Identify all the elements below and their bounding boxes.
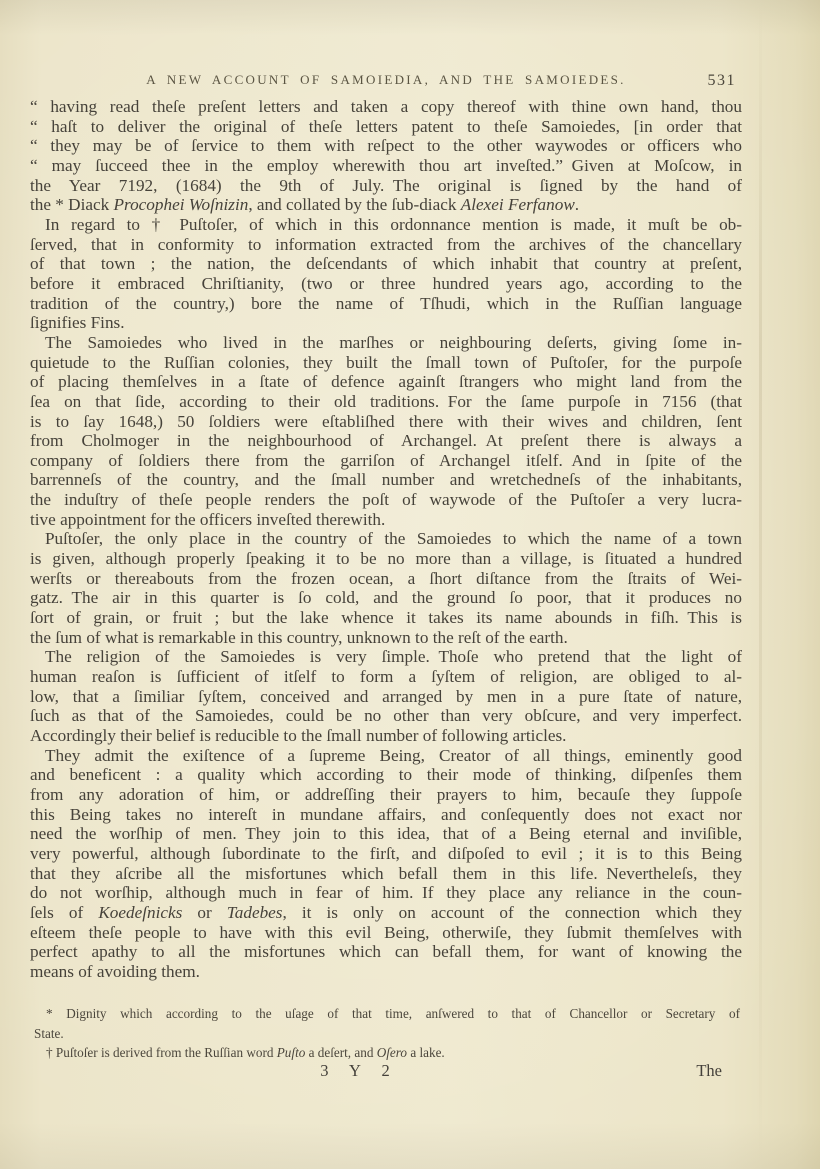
- text-line: of that town ; the nation, the deſcendan…: [30, 254, 742, 274]
- text-line: do not worſhip, although much in fear of…: [30, 883, 742, 903]
- signature-row: 3 Y 2 The: [30, 1061, 742, 1083]
- paragraph: In regard to † Puſtoſer, of which in thi…: [30, 215, 742, 333]
- text-line: is to ſay 1648,) 50 ſoldiers were eſtabl…: [30, 412, 742, 432]
- text-line: very powerful, although ſubordinate to t…: [30, 844, 742, 864]
- text-line: They admit the exiſtence of a ſupreme Be…: [30, 746, 742, 766]
- text-line: low, that a ſimiliar ſyſtem, conceived a…: [30, 687, 742, 707]
- text-line: need the worſhip of men. They join to th…: [30, 824, 742, 844]
- text-line: company of ſoldiers there from the garri…: [30, 451, 742, 471]
- text-line: ſuch as that of the Samoiedes, could be …: [30, 706, 742, 726]
- text-line: from any adoration of him, or addreſſing…: [30, 785, 742, 805]
- page-body: “ having read theſe preſent letters and …: [30, 97, 742, 982]
- book-page: A NEW ACCOUNT OF SAMOIEDIA, AND THE SAMO…: [0, 0, 820, 1169]
- text-line: this Being takes no intereſt in mundane …: [30, 805, 742, 825]
- paragraph: Puſtoſer, the only place in the country …: [30, 529, 742, 647]
- text-line: The Samoiedes who lived in the marſhes o…: [30, 333, 742, 353]
- footnote-line: State.: [34, 1026, 740, 1046]
- paragraph: They admit the exiſtence of a ſupreme Be…: [30, 746, 742, 982]
- footnotes: * Dignity which according to the uſage o…: [34, 1006, 740, 1065]
- text-line: the induſtry of theſe people renders the…: [30, 490, 742, 510]
- text-line: Puſtoſer, the only place in the country …: [30, 529, 742, 549]
- page-number: 531: [708, 72, 737, 90]
- text-line: before it embraced Chriſtianity, (two or…: [30, 274, 742, 294]
- text-line: human reaſon is ſufficient of itſelf to …: [30, 667, 742, 687]
- text-line: gatz. The air in this quarter is ſo cold…: [30, 588, 742, 608]
- paragraph: The Samoiedes who lived in the marſhes o…: [30, 333, 742, 530]
- text-line: Accordingly their belief is reducible to…: [30, 726, 742, 746]
- text-line: “ having read theſe preſent letters and …: [30, 97, 742, 117]
- text-line: quietude to the Ruſſian colonies, they b…: [30, 353, 742, 373]
- paragraph: The religion of the Samoiedes is very ſi…: [30, 647, 742, 745]
- text-line: that they aſcribe all the misfortunes wh…: [30, 864, 742, 884]
- text-line: from Cholmoger in the neighbourhood of A…: [30, 431, 742, 451]
- text-line: perfect apathy to all the misfortunes wh…: [30, 942, 742, 962]
- running-title: A NEW ACCOUNT OF SAMOIEDIA, AND THE SAMO…: [30, 72, 742, 88]
- text-line: tradition of the country,) bore the name…: [30, 294, 742, 314]
- page-crease: [759, 0, 762, 1169]
- catchword: The: [696, 1061, 722, 1081]
- text-line: ſels of Koedeſnicks or Tadebes, it is on…: [30, 903, 742, 923]
- printer-signature: 3 Y 2: [320, 1061, 394, 1081]
- text-line: The religion of the Samoiedes is very ſi…: [30, 647, 742, 667]
- text-line: means of avoiding them.: [30, 962, 742, 982]
- text-line: ſea on that ſide, according to their old…: [30, 392, 742, 412]
- text-line: the ſum of what is remarkable in this co…: [30, 628, 742, 648]
- text-line: eſteem theſe people to have with this ev…: [30, 923, 742, 943]
- text-line: the * Diack Procophei Woſnizin, and coll…: [30, 195, 742, 215]
- text-line: the Year 7192, (1684) the 9th of July. T…: [30, 176, 742, 196]
- text-line: and beneficent : a quality which accordi…: [30, 765, 742, 785]
- paragraph: “ having read theſe preſent letters and …: [30, 97, 742, 215]
- text-line: tive appointment for the officers inveſt…: [30, 510, 742, 530]
- text-line: ſort of grain, or fruit ; but the lake w…: [30, 608, 742, 628]
- text-line: In regard to † Puſtoſer, of which in thi…: [30, 215, 742, 235]
- text-line: “ haſt to deliver the original of theſe …: [30, 117, 742, 137]
- text-line: ſignifies Fins.: [30, 313, 742, 333]
- text-line: of placing themſelves in a ſtate of defe…: [30, 372, 742, 392]
- text-line: “ may ſucceed thee in the employ wherewi…: [30, 156, 742, 176]
- text-line: “ they may be of ſervice to them with re…: [30, 136, 742, 156]
- text-line: barrenneſs of the country, and the ſmall…: [30, 470, 742, 490]
- text-line: is given, although properly ſpeaking it …: [30, 549, 742, 569]
- page-header: A NEW ACCOUNT OF SAMOIEDIA, AND THE SAMO…: [30, 72, 742, 94]
- text-line: ſerved, that in conformity to informatio…: [30, 235, 742, 255]
- footnote: * Dignity which according to the uſage o…: [34, 1006, 740, 1045]
- footnote-line: * Dignity which according to the uſage o…: [34, 1006, 740, 1026]
- text-line: werſts or thereabouts from the frozen oc…: [30, 569, 742, 589]
